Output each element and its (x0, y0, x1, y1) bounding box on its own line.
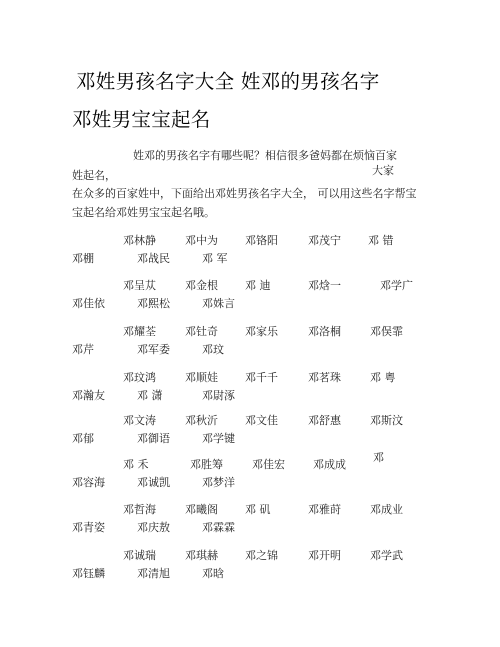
name-item: 邓庆敖 (137, 519, 170, 535)
name-item: 邓钰麟 (72, 565, 105, 581)
name-item: 邓 矶 (245, 501, 271, 517)
name-item: 邓晗 (202, 565, 224, 581)
name-item: 邓家乐 (245, 323, 278, 339)
name-item: 邓玟鸿 (123, 369, 156, 385)
name-item: 邓诚凯 (137, 474, 170, 490)
name-item: 邓军委 (137, 341, 170, 357)
name-item: 邓金根 (185, 277, 218, 293)
name-item: 邓 潇 (137, 387, 163, 403)
name-item: 邓茂宁 (308, 232, 341, 248)
name-item: 邓曦阁 (185, 501, 218, 517)
name-item: 邓中为 (185, 232, 218, 248)
name-item: 邓诚瑞 (123, 547, 156, 563)
name-item: 邓 禾 (123, 456, 149, 472)
name-item: 邓熙松 (137, 295, 170, 311)
name-item: 邓尉涿 (202, 387, 235, 403)
name-item: 邓钍奇 (185, 323, 218, 339)
name-item: 邓雅莳 (308, 501, 341, 517)
name-item: 邓青姿 (72, 519, 105, 535)
page-subtitle: 邓姓男宝宝起名 (72, 104, 211, 132)
name-item: 邓清旭 (137, 565, 170, 581)
name-item: 邓耀荃 (123, 323, 156, 339)
name-item: 邓 错 (368, 232, 394, 248)
name-item: 邓成成 (313, 456, 346, 472)
name-item: 邓佳依 (72, 295, 105, 311)
intro-line-1: 姓邓的男孩名字有哪些呢？相信很多爸妈都在烦恼百家 (133, 147, 397, 163)
intro-line-3: 在众多的百家姓中，下面给出邓姓男孩名字大全， 可以用这些名字帮宝 (72, 185, 417, 201)
name-item: 邓俣霏 (370, 323, 403, 339)
name-item: 邓琪赫 (185, 547, 218, 563)
name-item: 邓 粤 (370, 369, 396, 385)
page-title: 邓姓男孩名字大全 姓邓的男孩名字 (76, 66, 380, 94)
name-item: 邓学广 (380, 277, 413, 293)
name-item: 邓 军 (202, 250, 228, 266)
name-item: 邓顺娃 (185, 369, 218, 385)
intro-line-2-right: 大家 (372, 162, 394, 178)
name-item: 邓 迪 (245, 277, 271, 293)
name-item: 邓御语 (137, 430, 170, 446)
name-item: 邓成业 (370, 501, 403, 517)
name-item: 邓呈苁 (123, 277, 156, 293)
name-item: 邓林静 (123, 232, 156, 248)
name-item: 邓芹 (72, 341, 94, 357)
name-item: 邓梦洋 (202, 474, 235, 490)
name-item: 邓文佳 (245, 412, 278, 428)
name-item: 邓洛桐 (308, 323, 341, 339)
name-item: 邓玟 (202, 341, 224, 357)
name-item: 邓铬阳 (245, 232, 278, 248)
name-item: 邓霖霖 (202, 519, 235, 535)
name-item: 邓 (373, 449, 384, 465)
name-item: 邓郁 (72, 430, 94, 446)
name-item: 邓之锦 (245, 547, 278, 563)
intro-line-2-left: 姓起名， (72, 167, 116, 183)
name-item: 邓胜筹 (190, 456, 223, 472)
name-item: 邓瀚友 (72, 387, 105, 403)
name-item: 邓容海 (72, 474, 105, 490)
name-item: 邓开明 (308, 547, 341, 563)
name-item: 邓斯汶 (370, 412, 403, 428)
name-item: 邓佳宏 (252, 456, 285, 472)
name-item: 邓学武 (370, 547, 403, 563)
name-item: 邓焓一 (308, 277, 341, 293)
name-item: 邓文涛 (123, 412, 156, 428)
name-item: 邓哲海 (123, 501, 156, 517)
name-item: 邓姝言 (202, 295, 235, 311)
name-item: 邓茗珠 (308, 369, 341, 385)
name-item: 邓千千 (245, 369, 278, 385)
intro-line-4: 宝起名给邓姓男宝宝起名哦。 (72, 204, 215, 220)
name-item: 邓棚 (72, 250, 94, 266)
name-item: 邓秋沂 (185, 412, 218, 428)
name-item: 邓学键 (202, 430, 235, 446)
name-item: 邓战民 (137, 250, 170, 266)
name-item: 邓舒惠 (308, 412, 341, 428)
